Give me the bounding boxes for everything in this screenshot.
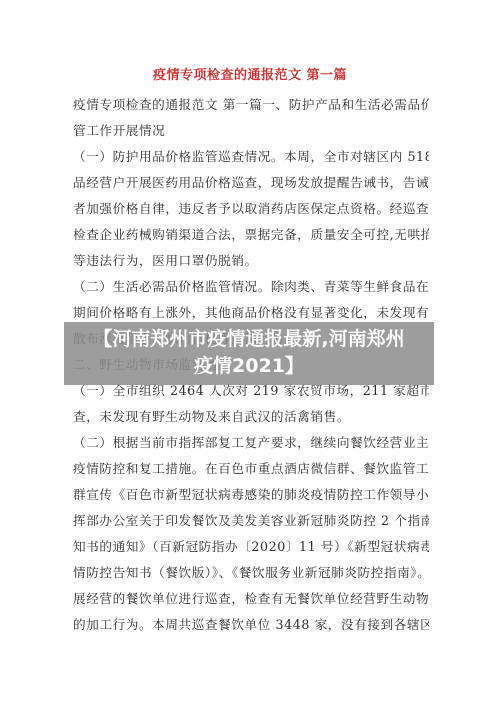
body-line: 疫情防控和复工措施。在百色市重点酒店微信群、餐饮监管工作 QQ xyxy=(73,456,429,482)
body-line: 者加强价格自律，违反者予以取消药店医保定点资格。经巡查，所 xyxy=(73,196,429,222)
body-line: 挥部办公室关于印发餐饮及美发美容业新冠肺炎防控 2 个指南及告 xyxy=(73,508,429,534)
document-title: 疫情专项检查的通报范文 第一篇 xyxy=(0,64,500,83)
headline-line-2: 疫情2021】 xyxy=(64,353,434,380)
body-line: 等违法行为，医用口罩仍脱销。 xyxy=(73,248,429,274)
body-line: 群宣传《百色市新型冠状病毒感染的肺炎疫情防控工作领导小组指 xyxy=(73,482,429,508)
body-line: （一）防护用品价格监管巡查情况。本周，全市对辖区内 518 个药 xyxy=(73,144,429,170)
body-line: （二）根据当前市指挥部复工复产要求，继续向餐饮经营业主宣传 xyxy=(73,430,429,456)
body-line: 知书的通知》（百新冠防指办〔2020〕11 号）《新型冠状病毒肺炎疫 xyxy=(73,534,429,560)
body-line: 的加工行为。本周共巡查餐饮单位 3448 家，没有接到各辖区餐饮单 xyxy=(73,612,429,638)
body-line: 检查企业药械购销渠道合法，票据完备，质量安全可控,无哄抬物价 xyxy=(73,222,429,248)
document-page: 疫情专项检查的通报范文 第一篇 疫情专项检查的通报范文 第一篇一、防护产品和生活… xyxy=(0,0,500,706)
headline-line-1: 【河南郑州市疫情通报最新,河南郑州 xyxy=(64,326,434,353)
body-line: 疫情专项检查的通报范文 第一篇一、防护产品和生活必需品价格监 xyxy=(73,92,429,118)
headline-overlay-text: 【河南郑州市疫情通报最新,河南郑州 疫情2021】 xyxy=(64,326,434,380)
body-line: 查，未发现有野生动物及来自武汉的活禽销售。 xyxy=(73,404,429,430)
body-line: 情防控告知书（餐饮版）》、《餐饮服务业新冠肺炎防控指南》。对开 xyxy=(73,560,429,586)
body-line: 管工作开展情况 xyxy=(73,118,429,144)
body-line: （二）生活必需品价格监管情况。除肉类、青菜等生鲜食品在疫情 xyxy=(73,274,429,300)
body-line: 展经营的餐饮单位进行巡查，检查有无餐饮单位经营野生动物活体 xyxy=(73,586,429,612)
body-line: 品经营户开展医药用品价格巡查，现场发放提醒告诫书，告诫经营 xyxy=(73,170,429,196)
